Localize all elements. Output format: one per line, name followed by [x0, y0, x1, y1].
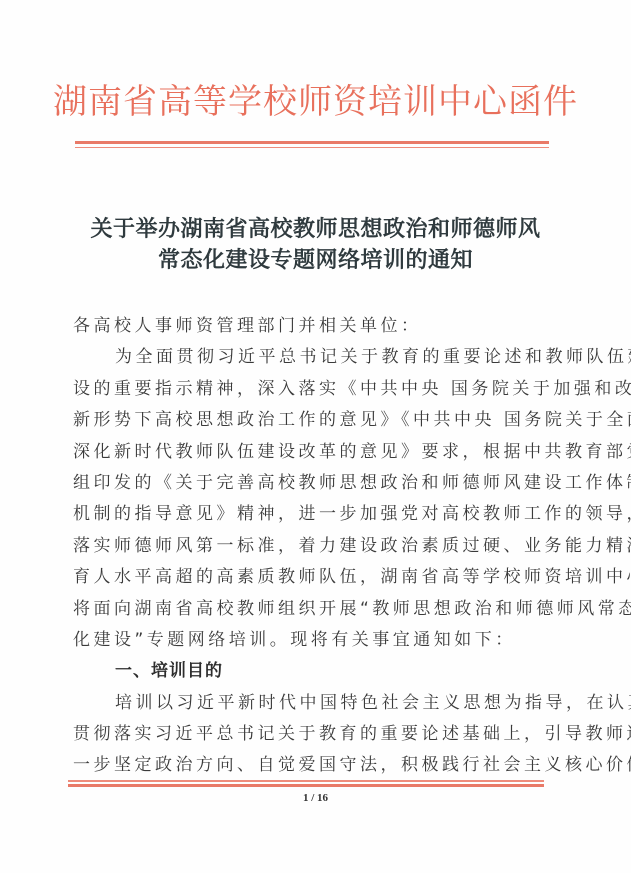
section-heading-purpose: 一、培训目的: [73, 656, 557, 687]
page-number: 1 / 16: [0, 792, 631, 804]
footer-rule-thick: [68, 784, 544, 787]
notice-title-line-2: 常态化建设专题网络培训的通知: [0, 245, 631, 276]
paragraph-line: 培训以习近平新时代中国特色社会主义思想为指导，在认真: [73, 688, 557, 719]
paragraph-line: 将面向湖南省高校教师组织开展“教师思想政治和师德师风常态: [73, 594, 557, 625]
document-page: 湖南省高等学校师资培训中心函件 关于举办湖南省高校教师思想政治和师德师风 常态化…: [0, 0, 631, 873]
salutation: 各高校人事师资管理部门并相关单位：: [73, 311, 557, 342]
paragraph-line: 贯彻落实习近平总书记关于教育的重要论述基础上，引导教师进: [73, 719, 557, 750]
paragraph-line: 机制的指导意见》精神，进一步加强党对高校教师工作的领导，: [73, 499, 557, 530]
paragraph-line: 一步坚定政治方向、自觉爱国守法，积极践行社会主义核心价值: [73, 750, 557, 781]
letterhead-rule-thin: [75, 147, 549, 148]
notice-body: 各高校人事师资管理部门并相关单位： 为全面贯彻习近平总书记关于教育的重要论述和教…: [73, 311, 557, 782]
paragraph-line: 化建设”专题网络培训。现将有关事宜通知如下：: [73, 625, 557, 656]
paragraph-line: 深化新时代教师队伍建设改革的意见》要求，根据中共教育部党: [73, 437, 557, 468]
paragraph-line: 设的重要指示精神，深入落实《中共中央 国务院关于加强和改进: [73, 374, 557, 405]
notice-title: 关于举办湖南省高校教师思想政治和师德师风 常态化建设专题网络培训的通知: [0, 214, 631, 276]
paragraph-line: 育人水平高超的高素质教师队伍，湖南省高等学校师资培训中心: [73, 562, 557, 593]
paragraph-line: 落实师德师风第一标准，着力建设政治素质过硬、业务能力精湛、: [73, 531, 557, 562]
notice-title-line-1: 关于举办湖南省高校教师思想政治和师德师风: [0, 214, 631, 245]
paragraph-line: 组印发的《关于完善高校教师思想政治和师德师风建设工作体制: [73, 468, 557, 499]
footer-rule-thin: [68, 780, 544, 782]
paragraph-line: 为全面贯彻习近平总书记关于教育的重要论述和教师队伍建: [73, 342, 557, 373]
paragraph-line: 新形势下高校思想政治工作的意见》《中共中央 国务院关于全面: [73, 405, 557, 436]
letterhead-title: 湖南省高等学校师资培训中心函件: [0, 80, 631, 124]
letterhead-rule-thick: [75, 141, 549, 144]
